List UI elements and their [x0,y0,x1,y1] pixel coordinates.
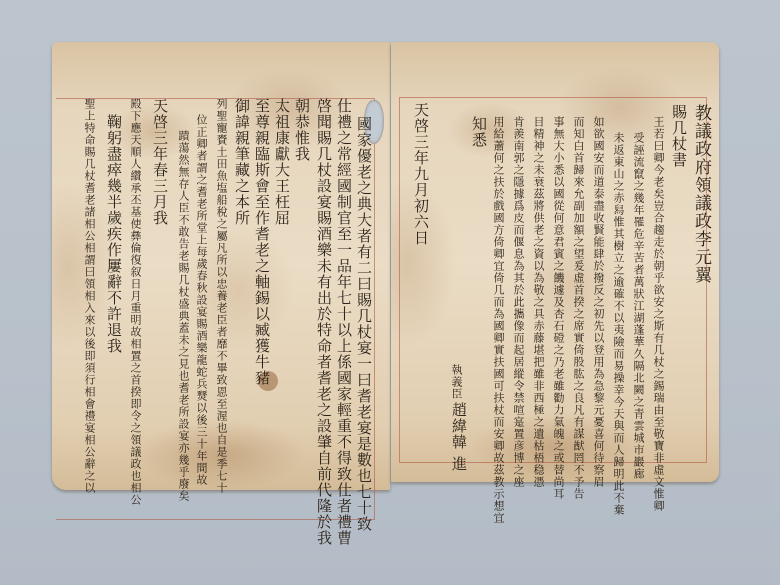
text-column: 如欲國安而道泰盡收賢能肆於撥反之初先以登用為急黎元憂喜何待察眉 [590,116,607,488]
text-column: 王若曰卿今老矣豈合趨走於朝乎欲安之斯有几杖之錫瑞由至敬寶非虛文惟卿 [650,116,667,512]
text-column: 蹟蕩然無存人臣不敢告老賜几杖盛典蓋未之見也耆老所設宴亦幾乎廢矣 [175,130,192,502]
document-title: 教議政府領議政李元翼 [692,104,709,284]
text-column: 受誣流竄之幾年罹危辛苦者萬狀江湖蓬華久隔北闕之青雲城市巖廊 [630,132,647,480]
date-line: 天啓三年春三月我 [151,98,168,226]
text-column: 御諱親筆藏之本所 [233,98,250,226]
text-column: 國家優老之典大者有二曰賜几杖宴一曰耆老宴是數也七十致 [355,116,372,532]
text-column: 目精神之未衰茲將供老之資以為敬之具赤藤堪把雖非西極之遺枯梧稳憑 [530,116,547,488]
author-name: 趙緯韓 [450,402,467,450]
text-column: 位正卿者謂之耆老所堂上每歲春秋設宴賜酒樂龍蛇兵燹以後三十年間故 [193,114,210,486]
document-subtitle: 賜几杖書 [670,104,687,168]
text-column: 鞠躬盡瘁幾半歲疾作屢辭不許退我 [105,114,122,354]
text-column: 聖上特命賜几杖耆老諸相公相謂曰領相入來以後即須行相會禮宴相公辭之以 [81,98,98,494]
text-column: 啓聞賜几杖設宴賜酒樂未有出於特命者耆老之設肇自前代隆於我 [315,98,332,546]
text-column: 用給蕭何之扶於戲國方倚卿宜倚几而為國卿實扶國可扶杖而安卿故茲教示想宜 [490,116,507,524]
text-column: 仕禮之常經國制官至一品年七十以上係國家輕重不得致仕者禮曹 [335,98,352,546]
right-page: 教議政府領議政李元翼 賜几杖書 王若曰卿今老矣豈合趨走於朝乎欲安之斯有几杖之錫瑞… [391,42,719,482]
text-column: 事無大小悉以國從何意君賓之饑遽及杏石磴之乃老雖勸力氣魄之或替尚耳 [550,116,567,500]
text-column: 而知白首歸來允副加額之望爰虛首揆之席實倚股肱之良凡有謀猷罔不予告 [570,116,587,500]
text-column: 太祖康獻大王枉屈 [273,98,290,226]
text-column: 未返東山之赤舄惟其樹立之逾確不以夷險而易操幸今天與而人歸明此不棄 [610,132,627,516]
text-column: 殿下應天順人纘承丕基使彝倫復叙日月重明故相置之首揆即令之領議政也相公 [127,98,144,506]
text-column: 肯羨南郭之隱據爲皮而偃息為其於此攜像而起居縱令禁喧寔置彦博之座 [510,116,527,488]
date-line: 天啓三年九月初六日 [412,102,429,246]
text-column: 至尊親臨斯會至作耆老之軸錫以臧獲牛豬 [253,98,270,386]
text-column: 朝恭惟我 [293,98,310,162]
text-column: 列聖寵賚土田魚塩船稅之屬凡所以忠養老臣者靡不畢致恩至渥也自是季七十 [213,98,230,494]
author-action: 進 [450,456,467,472]
text-column: 知悉 [470,116,487,148]
left-page: 國家優老之典大者有二曰賜几杖宴一曰耆老宴是數也七十致 仕禮之常經國制官至一品年七… [52,42,390,490]
author-title: 執義臣 [448,364,465,400]
